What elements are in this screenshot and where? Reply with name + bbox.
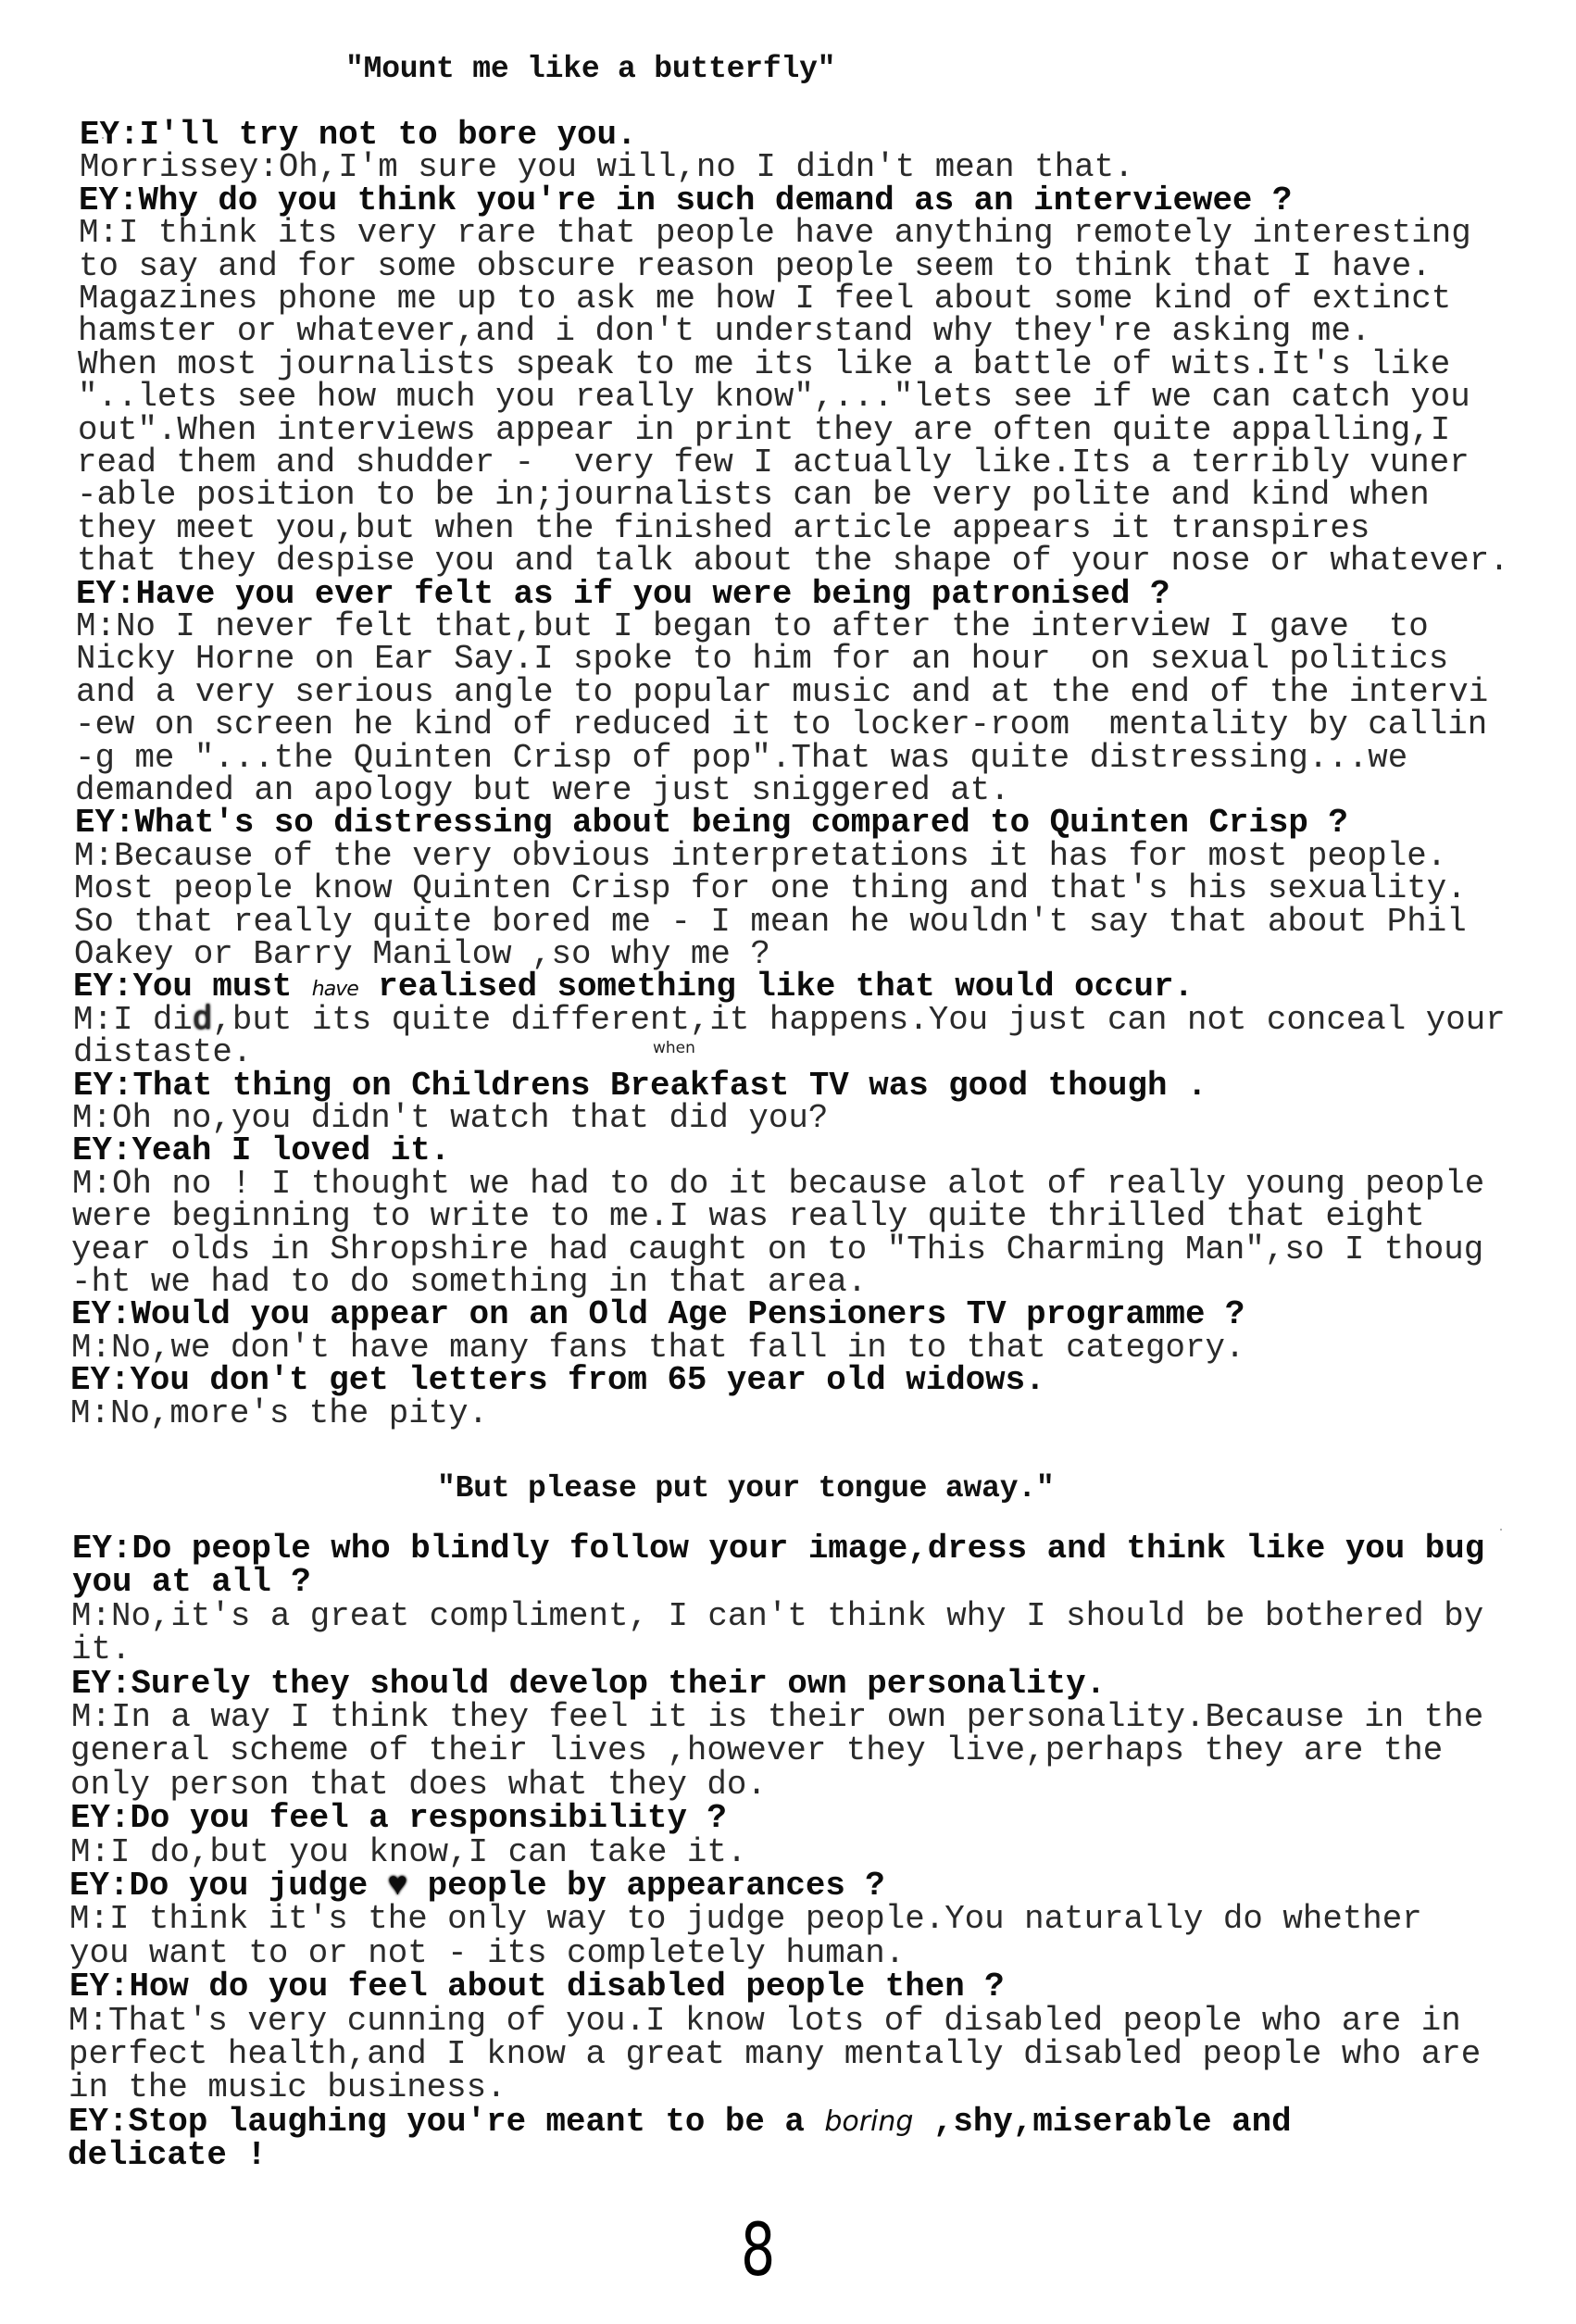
interviewee-answer-line: you want to or not - its completely huma… [69, 1937, 905, 1970]
interviewee-answer-line: distaste. [73, 1036, 252, 1069]
interviewer-question-line: EY:You don't get letters from 65 year ol… [70, 1364, 1045, 1397]
interviewee-answer-line: So that really quite bored me - I mean h… [74, 906, 1467, 939]
interviewer-question-line: EY:Would you appear on an Old Age Pensio… [71, 1298, 1245, 1331]
interviewer-question-line: EY:What's so distressing about being com… [75, 806, 1348, 840]
interviewee-answer-line: it. [71, 1633, 131, 1667]
interviewee-answer-line: M:Oh no ! I thought we had to do it beca… [72, 1168, 1484, 1201]
interviewer-question-line: you at all ? [72, 1566, 311, 1599]
interviewer-question-line: EY:You must have realised something like… [73, 970, 1194, 1004]
interviewee-answer-line: "..lets see how much you really know",..… [78, 381, 1470, 414]
interviewee-answer-line: they meet you,but when the finished arti… [77, 512, 1370, 545]
interviewee-answer-line: read them and shudder - very few I actua… [77, 446, 1470, 480]
paper-speck [1500, 1529, 1502, 1531]
interviewee-answer-line: -able position to be in;journalists can … [77, 479, 1430, 512]
interviewee-answer-line: hamster or whatever,and i don't understa… [78, 315, 1370, 348]
paper-speck [102, 137, 104, 139]
interviewer-question-line: EY:That thing on Childrens Breakfast TV … [73, 1069, 1207, 1103]
interviewee-answer-line: M:I did,but its quite different,it happe… [73, 1004, 1506, 1037]
interviewee-answer-line: year olds in Shropshire had caught on to… [71, 1233, 1483, 1267]
interviewee-answer-line: demanded an apology but were just snigge… [75, 774, 1010, 807]
interviewee-answer-line: M:Because of the very obvious interpreta… [74, 840, 1446, 873]
interviewee-answer-line: Morrissey:Oh,I'm sure you will,no I didn… [80, 151, 1134, 184]
interviewee-answer-line: M:I think its very rare that people have… [79, 217, 1471, 250]
interviewee-answer-line: in the music business. [69, 2071, 507, 2105]
interviewee-answer-line: out".When interviews appear in print the… [78, 414, 1450, 447]
interviewer-question-line: delicate ! [68, 2139, 267, 2172]
interviewer-question-line: EY:How do you feel about disabled people… [69, 1970, 1005, 2004]
interviewer-question-line: EY:Yeah I loved it. [72, 1134, 450, 1168]
section-heading-but-please-put-your-tongue-away: "But please put your tongue away." [437, 1470, 1055, 1507]
interviewee-answer-line: M:No,it's a great compliment, I can't th… [71, 1600, 1483, 1633]
interviewee-answer-line: M:No,we don't have many fans that fall i… [71, 1331, 1245, 1365]
interviewee-answer-line: Oakey or Barry Manilow ,so why me ? [74, 938, 770, 971]
interviewee-answer-line: and a very serious angle to popular musi… [76, 676, 1488, 709]
interviewee-answer-line: that they despise you and talk about the… [77, 544, 1509, 578]
interviewer-question-line: EY:Why do you think you're in such deman… [79, 184, 1292, 218]
interviewee-answer-line: -ht we had to do something in that area. [71, 1266, 867, 1299]
interviewee-answer-line: perfect health,and I know a great many m… [69, 2038, 1481, 2071]
interviewee-answer-line: -g me "...the Quinten Crisp of pop".That… [75, 742, 1407, 775]
handwritten-insert-when: when [653, 1039, 695, 1057]
interviewer-question-line: EY:Do you feel a responsibility ? [70, 1802, 727, 1835]
interviewee-answer-line: M:Oh no,you didn't watch that did you? [72, 1102, 828, 1135]
interviewee-answer-line: were beginning to write to me.I was real… [72, 1200, 1425, 1233]
interviewee-answer-line: M:That's very cunning of you.I know lots… [69, 2005, 1461, 2038]
interviewer-question-line: EY:Do you judge ♥ people by appearances … [69, 1869, 885, 1903]
interviewer-question-line: EY:Stop laughing you're meant to be a bo… [69, 2105, 1292, 2139]
interviewee-answer-line: M:No,more's the pity. [70, 1397, 488, 1431]
interviewee-answer-line: to say and for some obscure reason peopl… [79, 250, 1432, 283]
page-number: 8 [741, 2215, 775, 2287]
interviewee-answer-line: M:I think it's the only way to judge peo… [69, 1903, 1422, 1936]
interviewee-answer-line: Magazines phone me up to ask me how I fe… [79, 282, 1451, 316]
interviewee-answer-line: Most people know Quinten Crisp for one t… [74, 872, 1467, 906]
interviewer-question-line: EY:Do people who blindly follow your ima… [72, 1532, 1484, 1566]
section-heading-mount-me-like-a-butterfly: "Mount me like a butterfly" [345, 51, 835, 88]
interviewer-question-line: EY:Have you ever felt as if you were bei… [76, 578, 1170, 611]
interviewer-question-line: EY:I'll try not to bore you. [80, 119, 637, 152]
interviewer-question-line: EY:Surely they should develop their own … [71, 1668, 1106, 1701]
interviewee-answer-line: M:I do,but you know,I can take it. [70, 1836, 746, 1869]
interviewee-answer-line: only person that does what they do. [70, 1768, 767, 1802]
paper-speck [995, 1315, 997, 1317]
typewritten-interview-page: "Mount me like a butterfly" EY:I'll try … [0, 0, 1576, 2324]
interviewee-answer-line: -ew on screen he kind of reduced it to l… [75, 708, 1487, 742]
interviewee-answer-line: general scheme of their lives ,however t… [70, 1734, 1443, 1768]
interviewee-answer-line: Nicky Horne on Ear Say.I spoke to him fo… [76, 643, 1448, 676]
interviewee-answer-line: M:In a way I think they feel it is their… [71, 1701, 1483, 1734]
interviewee-answer-line: When most journalists speak to me its li… [78, 348, 1450, 381]
interviewee-answer-line: M:No I never felt that,but I began to af… [76, 610, 1429, 643]
